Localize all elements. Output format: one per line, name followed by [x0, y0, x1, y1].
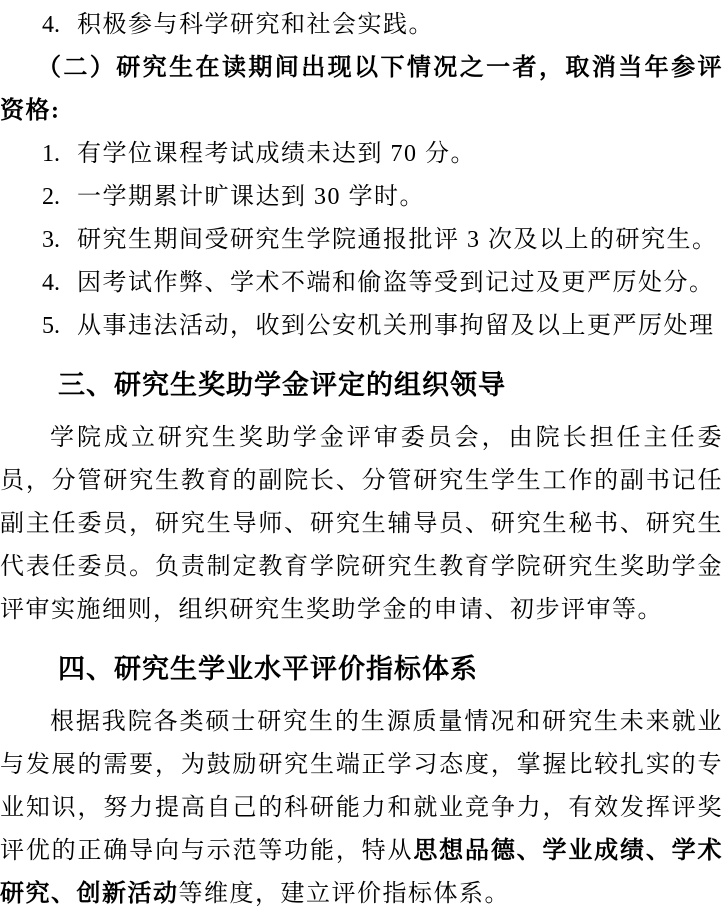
list-item-number: 1. [42, 133, 60, 176]
text-segment: 因考试作弊、学术不端和偷盗等受到记过及更严厉处分。 [77, 270, 715, 296]
list-item-text: 积极参与科学研究和社会实践。 [77, 12, 434, 38]
list-item: 4.积极参与科学研究和社会实践。 [0, 4, 723, 47]
sub-section-paragraph: （二）研究生在读期间出现以下情况之一者，取消当年参评资格: [0, 47, 723, 133]
list-item: 5.从事违法活动，收到公安机关刑事拘留及以上更严厉处理 [0, 305, 723, 348]
list-item-text: 有学位课程考试成绩未达到 70 分。 [77, 141, 476, 167]
text-segment: 四、研究生学业水平评价指标体系 [58, 654, 478, 684]
body-paragraph: 学院成立研究生奖助学金评审委员会，由院长担任主任委员，分管研究生教育的副院长、分… [0, 417, 723, 632]
list-item-text: 研究生期间受研究生学院通报批评 3 次及以上的研究生。 [77, 227, 718, 253]
list-item-number: 4. [42, 262, 60, 305]
body-paragraph: 根据我院各类硕士研究生的生源质量情况和研究生未来就业与发展的需要，为鼓励研究生端… [0, 701, 723, 916]
list-item: 2.一学期累计旷课达到 30 学时。 [0, 176, 723, 219]
list-item-number: 2. [42, 176, 60, 219]
list-item: 3.研究生期间受研究生学院通报批评 3 次及以上的研究生。 [0, 219, 723, 262]
list-item-text: 一学期累计旷课达到 30 学时。 [77, 184, 425, 210]
text-segment: 有学位课程考试成绩未达到 70 分。 [77, 141, 476, 167]
text-segment: 一学期累计旷课达到 30 学时。 [77, 184, 425, 210]
text-segment: （二）研究生在读期间出现以下情况之一者，取消当年参评资格: [0, 55, 723, 124]
text-segment: 等维度，建立评价指标体系。 [179, 881, 511, 907]
section-heading: 三、研究生奖助学金评定的组织领导 [0, 364, 723, 407]
list-item-number: 4. [42, 4, 60, 47]
list-item: 1.有学位课程考试成绩未达到 70 分。 [0, 133, 723, 176]
list-item-number: 5. [42, 305, 60, 348]
document-page: 4.积极参与科学研究和社会实践。（二）研究生在读期间出现以下情况之一者，取消当年… [0, 0, 723, 922]
text-segment: 研究生期间受研究生学院通报批评 3 次及以上的研究生。 [77, 227, 718, 253]
text-segment: 学院成立研究生奖助学金评审委员会，由院长担任主任委员，分管研究生教育的副院长、分… [0, 425, 723, 623]
text-segment: 从事违法活动，收到公安机关刑事拘留及以上更严厉处理 [77, 313, 715, 339]
list-item-text: 从事违法活动，收到公安机关刑事拘留及以上更严厉处理 [77, 313, 715, 339]
text-segment: 积极参与科学研究和社会实践。 [77, 12, 434, 38]
list-item-text: 因考试作弊、学术不端和偷盗等受到记过及更严厉处分。 [77, 270, 715, 296]
section-heading: 四、研究生学业水平评价指标体系 [0, 648, 723, 691]
list-item-number: 3. [42, 219, 60, 262]
list-item: 4.因考试作弊、学术不端和偷盗等受到记过及更严厉处分。 [0, 262, 723, 305]
text-segment: 三、研究生奖助学金评定的组织领导 [58, 370, 506, 400]
